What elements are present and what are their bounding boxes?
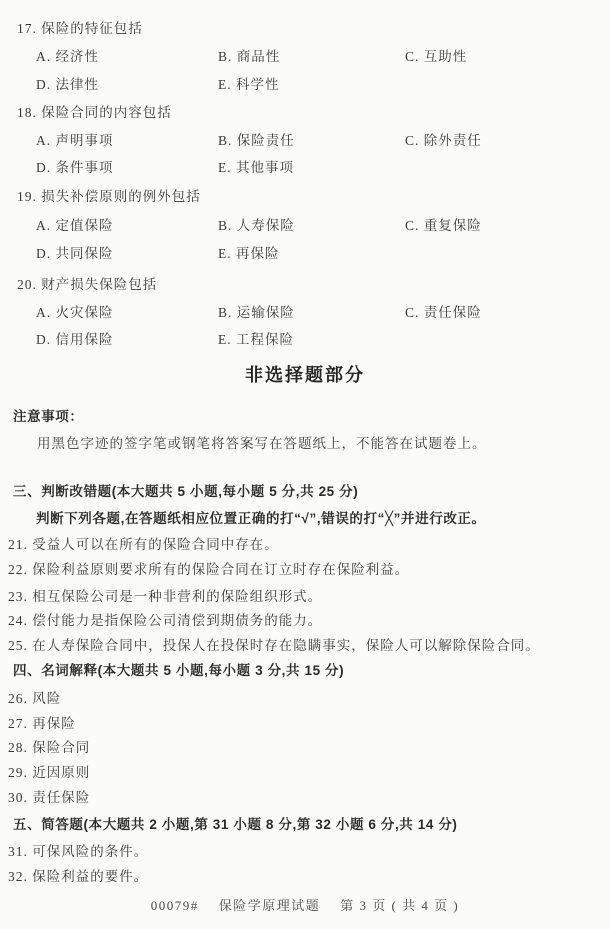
question-option: D. 信用保险 [36,333,114,347]
question-option: B. 人寿保险 [218,219,295,233]
question-stem: 18. 保险合同的内容包括 [17,106,172,120]
question-option: E. 其他事项 [218,161,294,175]
section-three-instruction: 判断下列各题,在答题纸相应位置正确的打“√”,错误的打“╳”并进行改正。 [36,512,486,526]
notice-label: 注意事项： [13,410,84,424]
question-item: 22. 保险利益原则要求所有的保险合同在订立时存在保险利益。 [8,563,409,577]
question-option: D. 共同保险 [36,247,114,261]
question-option: D. 法律性 [36,78,99,92]
question-option: B. 保险责任 [218,134,295,148]
question-item: 30. 责任保险 [8,791,90,805]
section-three-title: 三、判断改错题(本大题共 5 小题,每小题 5 分,共 25 分) [13,485,358,499]
question-item: 25. 在人寿保险合同中，投保人在投保时存在隐瞒事实，保险人可以解除保险合同。 [8,639,540,653]
section-five-title: 五、简答题(本大题共 2 小题,第 31 小题 8 分,第 32 小题 6 分,… [13,818,458,832]
question-item: 26. 风险 [8,692,61,706]
question-option: A. 定值保险 [36,219,114,233]
section-four-title: 四、名词解释(本大题共 5 小题,每小题 3 分,共 15 分) [13,664,344,678]
question-option: E. 科学性 [218,78,280,92]
question-option: B. 运输保险 [218,306,295,320]
question-stem: 19. 损失补偿原则的例外包括 [17,190,201,204]
question-option: C. 除外责任 [405,134,482,148]
question-stem: 20. 财产损失保险包括 [17,278,157,292]
question-option: C. 责任保险 [405,306,482,320]
footer-page-number: 第 3 页 ( 共 4 页 ) [340,899,459,912]
question-stem: 17. 保险的特征包括 [17,22,143,36]
question-option: E. 工程保险 [218,333,294,347]
question-option: D. 条件事项 [36,161,114,175]
question-option: A. 经济性 [36,50,99,64]
question-item: 24. 偿付能力是指保险公司清偿到期债务的能力。 [8,614,322,628]
question-option: B. 商品性 [218,50,280,64]
question-item: 27. 再保险 [8,717,76,731]
question-option: A. 火灾保险 [36,306,114,320]
footer-exam-code: 00079# [151,899,199,912]
question-item: 28. 保险合同 [8,741,90,755]
exam-paper-page: 17. 保险的特征包括 A. 经济性 B. 商品性 C. 互助性 D. 法律性 … [0,0,610,929]
question-item: 23. 相互保险公司是一种非营利的保险组织形式。 [8,590,322,604]
question-item: 32. 保险利益的要件。 [8,870,148,884]
question-option: C. 互助性 [405,50,467,64]
question-item: 21. 受益人可以在所有的保险合同中存在。 [8,538,279,552]
question-item: 31. 可保风险的条件。 [8,845,148,859]
part-heading: 非选择题部分 [0,366,610,384]
question-option: E. 再保险 [218,247,280,261]
question-option: A. 声明事项 [36,134,114,148]
footer-exam-title: 保险学原理试题 [219,899,321,912]
notice-text: 用黑色字迹的签字笔或钢笔将答案写在答题纸上，不能答在试题卷上。 [37,437,487,451]
question-item: 29. 近因原则 [8,766,90,780]
page-footer: 00079# 保险学原理试题 第 3 页 ( 共 4 页 ) [0,899,610,912]
question-option: C. 重复保险 [405,219,482,233]
